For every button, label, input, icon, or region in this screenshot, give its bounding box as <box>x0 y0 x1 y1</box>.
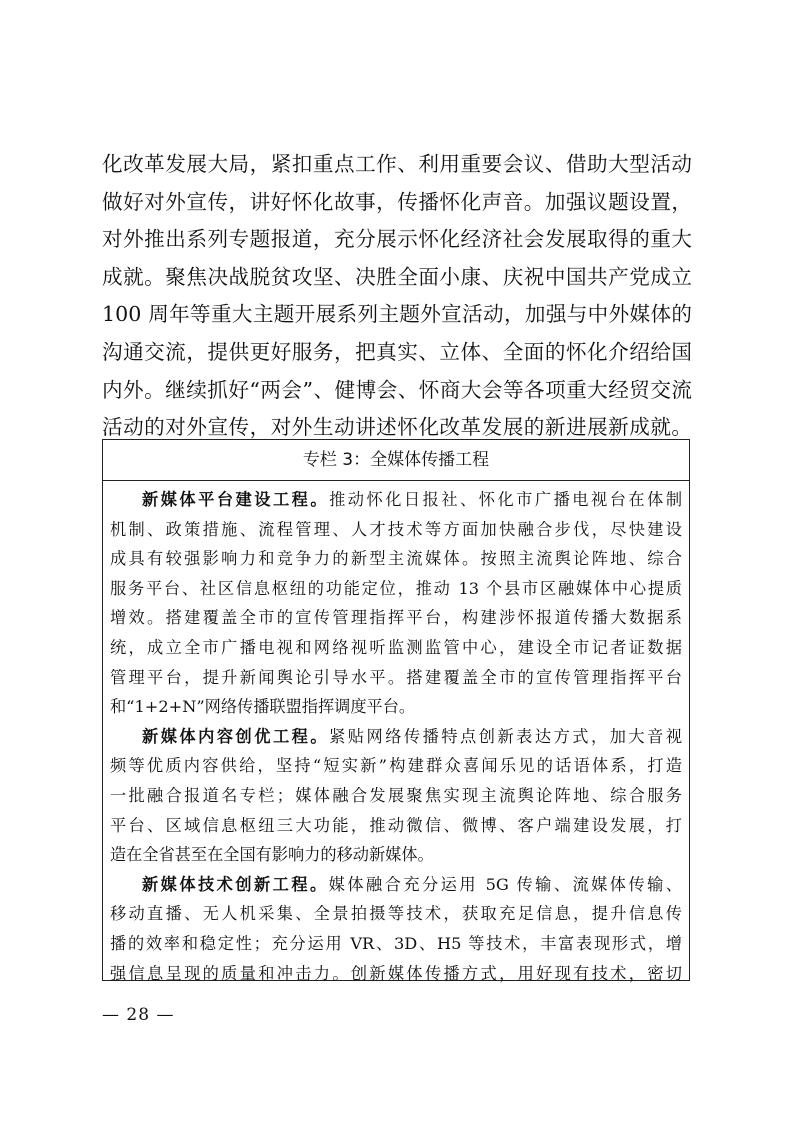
text-line: 成就。聚焦决战脱贫攻坚、决胜全面小康、庆祝中国共产党成立 <box>102 259 692 297</box>
section-lead-heading: 新媒体技术创新工程。 <box>142 875 329 894</box>
section-first-line: 新媒体内容创优工程。紧贴网络传播特点创新表达方式，加大音视 <box>110 722 682 752</box>
text-line: 统，成立全市广播电视和网络视听监测监管中心，建设全市记者证数据 <box>110 633 682 663</box>
section-text: 媒体融合充分运用 5G 传输、流媒体传输、 <box>329 875 682 894</box>
section-lead-heading: 新媒体内容创优工程。 <box>142 727 329 746</box>
text-line: 成具有较强影响力和竞争力的新型主流媒体。按照主流舆论阵地、综合 <box>110 544 682 574</box>
text-line: 播的效率和稳定性；充分运用 VR、3D、H5 等技术，丰富表现形式，增 <box>110 929 682 959</box>
text-line: 增效。搭建覆盖全市的宣传管理指挥平台，构建涉怀报道传播大数据系 <box>110 603 682 633</box>
text-line: 管理平台，提升新闻舆论引导水平。搭建覆盖全市的宣传管理指挥平台 <box>110 663 682 693</box>
text-line: 做好对外宣传，讲好怀化故事，传播怀化声音。加强议题设置， <box>102 184 692 222</box>
column-box: 专栏 3：全媒体传播工程 新媒体平台建设工程。推动怀化日报社、怀化市广播电视台在… <box>102 439 690 981</box>
column-box-body: 新媒体平台建设工程。推动怀化日报社、怀化市广播电视台在体制 机制、政策措施、流程… <box>103 481 689 988</box>
text-line: 对外推出系列专题报道，充分展示怀化经济社会发展取得的重大 <box>102 221 692 259</box>
text-line: 平台、区域信息枢纽三大功能，推动微信、微博、客户端建设发展，打 <box>110 811 682 841</box>
section-first-line: 新媒体技术创新工程。媒体融合充分运用 5G 传输、流媒体传输、 <box>110 870 682 900</box>
text-line: 移动直播、无人机采集、全景拍摄等技术，获取充足信息，提升信息传 <box>110 899 682 929</box>
text-line: 一批融合报道名专栏；媒体融合发展聚焦实现主流舆论阵地、综合服务 <box>110 781 682 811</box>
column-box-title: 专栏 3：全媒体传播工程 <box>103 440 689 481</box>
text-line: 频等优质内容供给，坚持“短实新”构建群众喜闻乐见的话语体系，打造 <box>110 751 682 781</box>
text-line: 服务平台、社区信息枢纽的功能定位，推动 13 个县市区融媒体中心提质 <box>110 574 682 604</box>
section-text: 紧贴网络传播特点创新表达方式，加大音视 <box>329 727 682 746</box>
text-line: 和“1+2+N”网络传播联盟指挥调度平台。 <box>110 692 682 722</box>
section-first-line: 新媒体平台建设工程。推动怀化日报社、怀化市广播电视台在体制 <box>110 485 682 515</box>
text-line: 造在全省甚至在全国有影响力的移动新媒体。 <box>110 840 682 870</box>
text-line: 沟通交流，提供更好服务，把真实、立体、全面的怀化介绍给国 <box>102 334 692 372</box>
section-lead-heading: 新媒体平台建设工程。 <box>142 490 329 509</box>
body-paragraph: 化改革发展大局，紧扣重点工作、利用重要会议、借助大型活动 做好对外宣传，讲好怀化… <box>102 146 692 447</box>
text-line: 100 周年等重大主题开展系列主题外宣活动，加强与中外媒体的 <box>102 296 692 334</box>
text-line: 化改革发展大局，紧扣重点工作、利用重要会议、借助大型活动 <box>102 146 692 184</box>
text-line: 内外。继续抓好“两会”、健博会、怀商大会等各项重大经贸交流 <box>102 372 692 410</box>
document-page: 化改革发展大局，紧扣重点工作、利用重要会议、借助大型活动 做好对外宣传，讲好怀化… <box>0 0 793 1122</box>
page-number: — 28 — <box>102 1005 174 1025</box>
section-text: 推动怀化日报社、怀化市广播电视台在体制 <box>329 490 682 509</box>
text-line: 机制、政策措施、流程管理、人才技术等方面加快融合步伐，尽快建设 <box>110 515 682 545</box>
text-line: 强信息呈现的质量和冲击力。创新媒体传播方式，用好现有技术，密切 <box>110 959 682 989</box>
